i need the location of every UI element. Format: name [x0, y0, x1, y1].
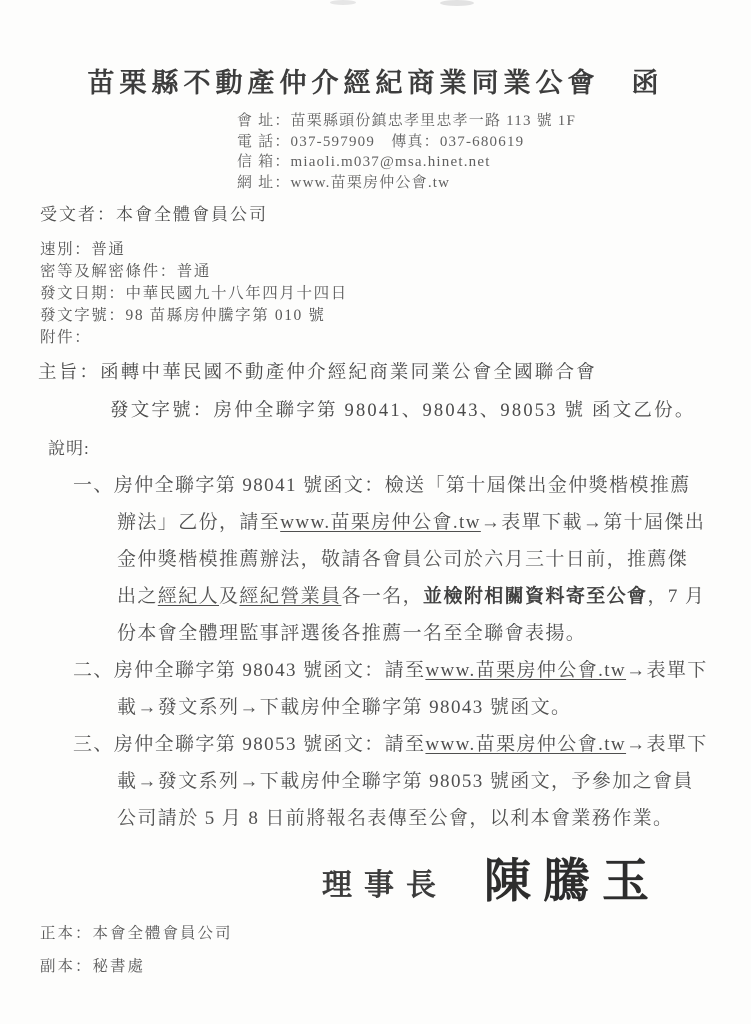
chairman-name-signature: 陳騰玉	[484, 857, 661, 907]
document-title: 苗栗縣不動產仲介經紀商業同業公會 函	[0, 68, 751, 98]
website-url-underlined: www.苗栗房仲公會.tw	[425, 660, 626, 681]
distribution-block: 正本：本會全體會員公司 副本：秘書處	[40, 917, 751, 983]
emphasis-bold-text: 並檢附相關資料寄至公會	[423, 586, 647, 607]
original-copy-line: 正本：本會全體會員公司	[40, 917, 751, 950]
item-1-line-1: 一、房仲全聯字第 98041 號函文：檢送「第十屆傑出金仲獎楷模推薦	[73, 467, 751, 504]
item-1-text: 房仲全聯字第 98041 號函文：檢送「第十屆傑出金仲獎楷模推薦	[114, 475, 691, 496]
recipient-line: 受文者：本會全體會員公司	[40, 203, 751, 226]
item-2-text: →表單下	[626, 660, 708, 681]
item-1-line-5: 份本會全體理監事評選後各推薦一名至全聯會表揚。	[117, 615, 751, 652]
document-meta-block: 速別：普通 密等及解密條件：普通 發文日期：中華民國九十八年四月十四日 發文字號…	[40, 239, 751, 349]
item-3-text: →表單下	[626, 734, 708, 755]
item-1-text: ，7 月	[647, 586, 705, 607]
item-3-line-1: 三、房仲全聯字第 98053 號函文：請至www.苗栗房仲公會.tw→表單下	[73, 726, 751, 763]
item-1-text: 辦法」乙份，請至	[117, 512, 280, 533]
subject-line-2: 發文字號：房仲全聯字第 98041、98043、98053 號 函文乙份。	[110, 392, 751, 430]
scanned-letter-page: 苗栗縣不動產仲介經紀商業同業公會 函 會 址：苗栗縣頭份鎮忠孝里忠孝一路 113…	[0, 0, 751, 1024]
scan-artifact-smudge	[440, 0, 474, 6]
explanation-label: 說明:	[48, 430, 751, 467]
item-2-marker: 二、	[73, 660, 114, 681]
item-1-line-4: 出之經紀人及經紀營業員各一名，並檢附相關資料寄至公會，7 月	[117, 578, 751, 615]
meta-issue-date-line: 發文日期：中華民國九十八年四月十四日	[40, 283, 751, 305]
item-1-text: 出之	[117, 586, 158, 607]
scan-artifact-smudge	[330, 0, 356, 5]
item-3-text: 房仲全聯字第 98053 號函文：請至	[114, 734, 426, 755]
item-3-line-3: 公司請於 5 月 8 日前將報名表傳至公會，以利本會業務作業。	[117, 800, 751, 837]
item-2-text: 房仲全聯字第 98043 號函文：請至	[114, 660, 426, 681]
website-url-underlined: www.苗栗房仲公會.tw	[280, 512, 481, 533]
item-1-text: →表單下載→第十屆傑出	[481, 512, 705, 533]
item-1-line-3: 金仲獎楷模推薦辦法，敬請各會員公司於六月三十日前，推薦傑	[117, 541, 751, 578]
cc-copy-line: 副本：秘書處	[40, 950, 751, 983]
item-2-line-1: 二、房仲全聯字第 98043 號函文：請至www.苗栗房仲公會.tw→表單下	[73, 652, 751, 689]
subject-block: 主旨：函轉中華民國不動產仲介經紀商業同業公會全國聯合會 發文字號：房仲全聯字第 …	[38, 354, 751, 430]
item-3-marker: 三、	[73, 734, 114, 755]
meta-speed-line: 速別：普通	[40, 239, 751, 261]
contact-phone-fax-line: 電 話：037-597909 傳真：037-680619	[237, 132, 751, 153]
website-url-underlined: www.苗栗房仲公會.tw	[425, 734, 626, 755]
contact-website-line: 網 址：www.苗栗房仲公會.tw	[237, 173, 751, 194]
item-1-text: 各一名，	[341, 586, 423, 607]
contact-address-line: 會 址：苗栗縣頭份鎮忠孝里忠孝一路 113 號 1F	[237, 111, 751, 132]
meta-security-line: 密等及解密條件：普通	[40, 261, 751, 283]
subject-line-1: 主旨：函轉中華民國不動產仲介經紀商業同業公會全國聯合會	[38, 354, 751, 392]
item-2-line-2: 載→發文系列→下載房仲全聯字第 98043 號函文。	[117, 689, 751, 726]
chairman-title: 理事長	[322, 860, 448, 904]
contact-email-line: 信 箱：miaoli.m037@msa.hinet.net	[237, 152, 751, 173]
item-1-marker: 一、	[73, 475, 114, 496]
explanation-items: 一、房仲全聯字第 98041 號函文：檢送「第十屆傑出金仲獎楷模推薦 辦法」乙份…	[0, 467, 751, 837]
meta-ref-number-line: 發文字號：98 苗縣房仲騰字第 010 號	[40, 305, 751, 327]
signature-block: 理事長 陳騰玉	[322, 857, 751, 907]
broker-term-underlined: 經紀人	[158, 586, 219, 607]
item-3-line-2: 載→發文系列→下載房仲全聯字第 98053 號函文，予參加之會員	[117, 763, 751, 800]
item-1-line-2: 辦法」乙份，請至www.苗栗房仲公會.tw→表單下載→第十屆傑出	[117, 504, 751, 541]
item-1-text: 及	[219, 586, 239, 607]
salesperson-term-underlined: 經紀營業員	[239, 586, 341, 607]
association-contact-block: 會 址：苗栗縣頭份鎮忠孝里忠孝一路 113 號 1F 電 話：037-59790…	[237, 111, 751, 193]
meta-attachment-line: 附件：	[40, 327, 751, 349]
